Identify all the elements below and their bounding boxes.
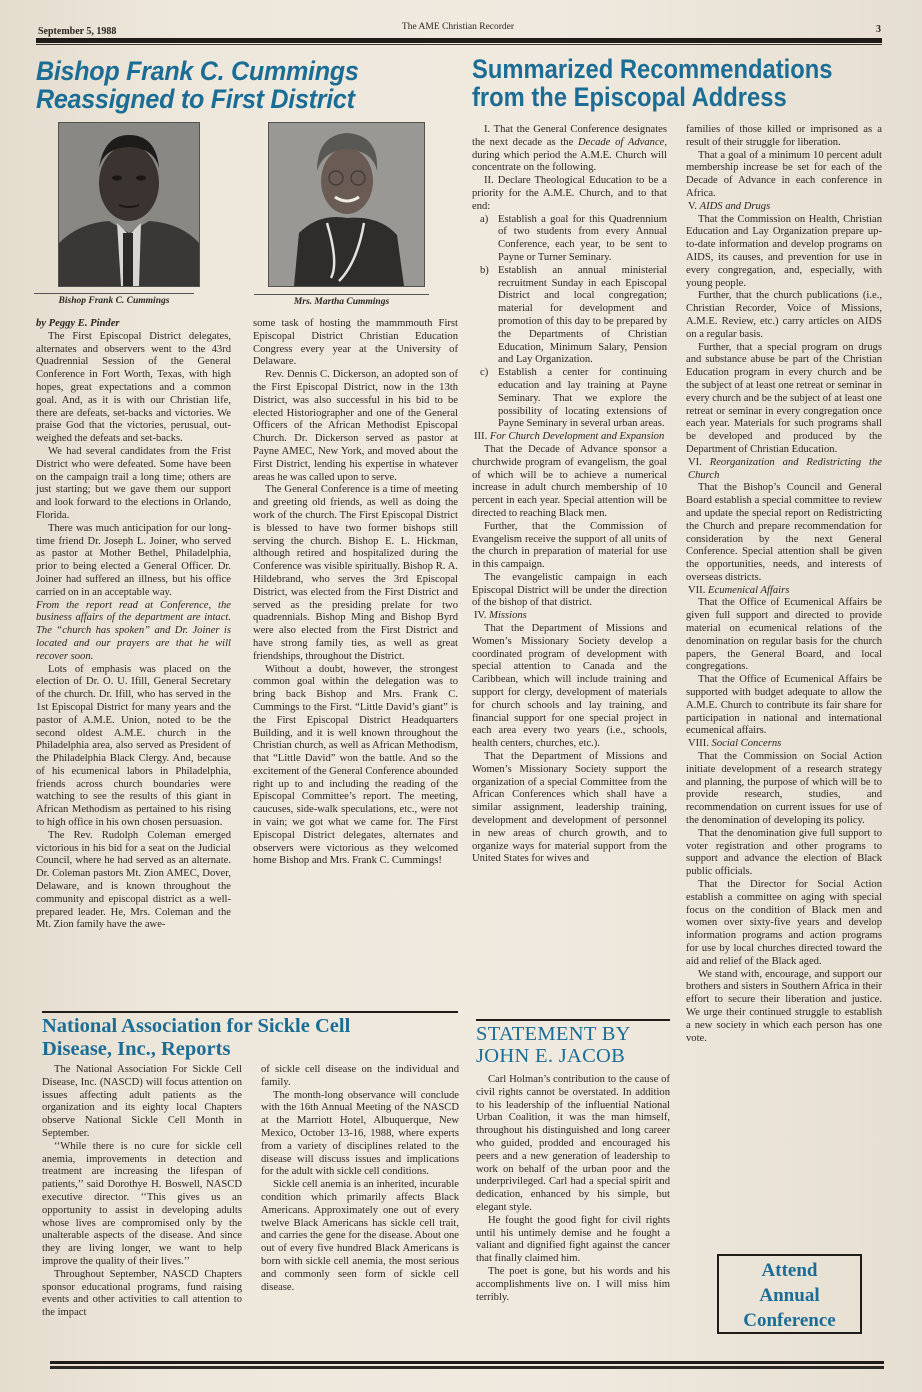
page-number: 3 xyxy=(876,24,881,35)
promo-line: Conference xyxy=(719,1308,860,1333)
paragraph: Carl Holman’s contribution to the cause … xyxy=(476,1074,670,1215)
paragraph-continued: families of those killed or imprisoned a… xyxy=(686,124,882,150)
section-number: VI. xyxy=(688,457,702,468)
jacob-statement-headline: STATEMENT BY JOHN E. JACOB xyxy=(476,1024,696,1067)
footer-rule-thin xyxy=(50,1366,884,1369)
recommendations-column-1: I. That the General Conference designate… xyxy=(472,124,667,866)
paragraph: Further, that the church publications (i… xyxy=(686,290,882,341)
section-heading: VII. Ecumenical Affairs xyxy=(686,585,882,598)
newspaper-name: The AME Christian Recorder xyxy=(38,22,878,32)
paragraph: That the Office of Ecumenical Affairs be… xyxy=(686,674,882,738)
section-title: Missions xyxy=(489,610,527,621)
section-title: Reorganization and Redistricting the Chu… xyxy=(688,457,882,481)
sickle-cell-headline: National Association for Sickle Cell Dis… xyxy=(42,1015,462,1061)
headline-line: Disease, Inc., Reports xyxy=(42,1038,230,1060)
recommendations-column-2: families of those killed or imprisoned a… xyxy=(686,124,882,1045)
bishop-article-column-2: some task of hosting the mammmouth First… xyxy=(253,318,458,868)
paragraph: That the Office of Ecumenical Affairs be… xyxy=(686,597,882,674)
section-2: II. Declare Theological Education to be … xyxy=(472,175,667,213)
promo-line: Annual xyxy=(719,1283,860,1308)
list-item: c) Establish a center for continuing edu… xyxy=(480,367,667,431)
masthead-rule-thin xyxy=(36,44,882,45)
bishop-article-column-1: by Peggy E. Pinder The First Episcopal D… xyxy=(36,318,231,932)
paragraph-continued: of sickle cell disease on the individual… xyxy=(261,1064,459,1090)
paragraph: ‘‘While there is no cure for sickle cell… xyxy=(42,1141,242,1269)
section-number: III. xyxy=(474,431,487,442)
headline-line: JOHN E. JACOB xyxy=(476,1045,625,1067)
paragraph: That the Department of Missions and Wome… xyxy=(472,751,667,866)
section-divider xyxy=(42,1011,458,1013)
byline: by Peggy E. Pinder xyxy=(36,318,231,331)
paragraph: The evangelistic campaign in each Episco… xyxy=(472,572,667,610)
photo-martha-cummings xyxy=(268,122,425,287)
headline-line: from the Episcopal Address xyxy=(472,82,787,112)
attend-conference-box: Attend Annual Conference xyxy=(717,1254,862,1334)
text: during which period the A.M.E. Church wi… xyxy=(472,150,667,174)
section-number: VIII. xyxy=(688,738,709,749)
photo-caption: Bishop Frank C. Cummings xyxy=(34,293,194,306)
paragraph: Rev. Dennis C. Dickerson, an adopted son… xyxy=(253,369,458,484)
paragraph: The poet is gone, but his words and his … xyxy=(476,1266,670,1304)
list-label: a) xyxy=(480,214,498,265)
paragraph: That the Commission on Social Action ini… xyxy=(686,751,882,828)
list-text: Establish a goal for this Quadrennium of… xyxy=(498,214,667,265)
paragraph: He fought the good fight for civil right… xyxy=(476,1215,670,1266)
section-heading: VI. Reorganization and Redistricting the… xyxy=(686,457,882,483)
sickle-cell-column-1: The National Association For Sickle Cell… xyxy=(42,1064,242,1320)
paragraph: The Rev. Rudolph Coleman emerged victori… xyxy=(36,830,231,932)
emphasis: Decade of Advance, xyxy=(578,137,667,148)
list-item: a) Establish a goal for this Quadrennium… xyxy=(480,214,667,265)
paragraph: The month-long observance will conclude … xyxy=(261,1090,459,1180)
paragraph: That the denomination give full support … xyxy=(686,828,882,879)
paragraph: The General Conference is a time of meet… xyxy=(253,484,458,663)
paragraph: We stand with, encourage, and support ou… xyxy=(686,969,882,1046)
section-heading: VIII. Social Concerns xyxy=(686,738,882,751)
list-label: c) xyxy=(480,367,498,431)
paragraph: We had several candidates from the Frist… xyxy=(36,446,231,523)
headline-line: STATEMENT BY xyxy=(476,1023,631,1045)
newspaper-page: September 5, 1988 The AME Christian Reco… xyxy=(0,0,922,1392)
list-label: b) xyxy=(480,265,498,367)
paragraph: Lots of emphasis was placed on the elect… xyxy=(36,664,231,830)
headline-line: National Association for Sickle Cell xyxy=(42,1015,350,1037)
section-number: IV. xyxy=(474,610,486,621)
paragraph: The First Episcopal District delegates, … xyxy=(36,331,231,446)
portrait-man-icon xyxy=(59,123,199,286)
section-title: AIDS and Drugs xyxy=(700,201,771,212)
section-number: VII. xyxy=(688,585,705,596)
section-title: For Church Development and Expansion xyxy=(490,431,664,442)
section-divider xyxy=(476,1019,670,1021)
paragraph: Further, that a special program on drugs… xyxy=(686,342,882,457)
paragraph: Further, that the Commission of Evangeli… xyxy=(472,521,667,572)
headline-line: Summarized Recommendations xyxy=(472,54,832,84)
section-1: I. That the General Conference designate… xyxy=(472,124,667,175)
list-text: Establish an annual ministerial recruitm… xyxy=(498,265,667,367)
bishop-article-headline: Bishop Frank C. Cummings Reassigned to F… xyxy=(36,58,436,113)
paragraph: That the Department of Missions and Wome… xyxy=(472,623,667,751)
portrait-woman-icon xyxy=(269,123,424,286)
jacob-statement-column: Carl Holman’s contribution to the cause … xyxy=(476,1074,670,1304)
paragraph: That a goal of a minimum 10 percent adul… xyxy=(686,150,882,201)
section-heading: V. AIDS and Drugs xyxy=(686,201,882,214)
paragraph: That the Bishop’s Council and General Bo… xyxy=(686,482,882,584)
section-number: V. xyxy=(688,201,697,212)
paragraph: That the Director for Social Action esta… xyxy=(686,879,882,969)
paragraph: That the Commission on Health, Christian… xyxy=(686,214,882,291)
promo-line: Attend xyxy=(719,1258,860,1283)
masthead-rule xyxy=(36,38,882,43)
paragraph: Sickle cell anemia is an inherited, incu… xyxy=(261,1179,459,1294)
list-item: b) Establish an annual ministerial recru… xyxy=(480,265,667,367)
section-title: Ecumenical Affairs xyxy=(708,585,789,596)
paragraph-italic: From the report read at Conference, the … xyxy=(36,600,231,664)
paragraph: The National Association For Sickle Cell… xyxy=(42,1064,242,1141)
photo-bishop-cummings xyxy=(58,122,200,287)
paragraph: There was much anticipation for our long… xyxy=(36,523,231,600)
photo-caption: Mrs. Martha Cummings xyxy=(254,294,429,307)
recommendations-headline: Summarized Recommendations from the Epis… xyxy=(472,56,850,111)
paragraph: That the Decade of Advance sponsor a chu… xyxy=(472,444,667,521)
section-heading: IV. Missions xyxy=(472,610,667,623)
paragraph: Throughout September, NASCD Chapters spo… xyxy=(42,1269,242,1320)
sickle-cell-column-2: of sickle cell disease on the individual… xyxy=(261,1064,459,1294)
section-heading: III. For Church Development and Expansio… xyxy=(472,431,667,444)
headline-line: Reassigned to First District xyxy=(36,84,355,114)
list-text: Establish a center for continuing educat… xyxy=(498,367,667,431)
section-title: Social Concerns xyxy=(712,738,782,749)
headline-line: Bishop Frank C. Cummings xyxy=(36,56,359,86)
paragraph: Without a doubt, however, the strongest … xyxy=(253,664,458,869)
paragraph-continued: some task of hosting the mammmouth First… xyxy=(253,318,458,369)
footer-rule xyxy=(50,1361,884,1364)
